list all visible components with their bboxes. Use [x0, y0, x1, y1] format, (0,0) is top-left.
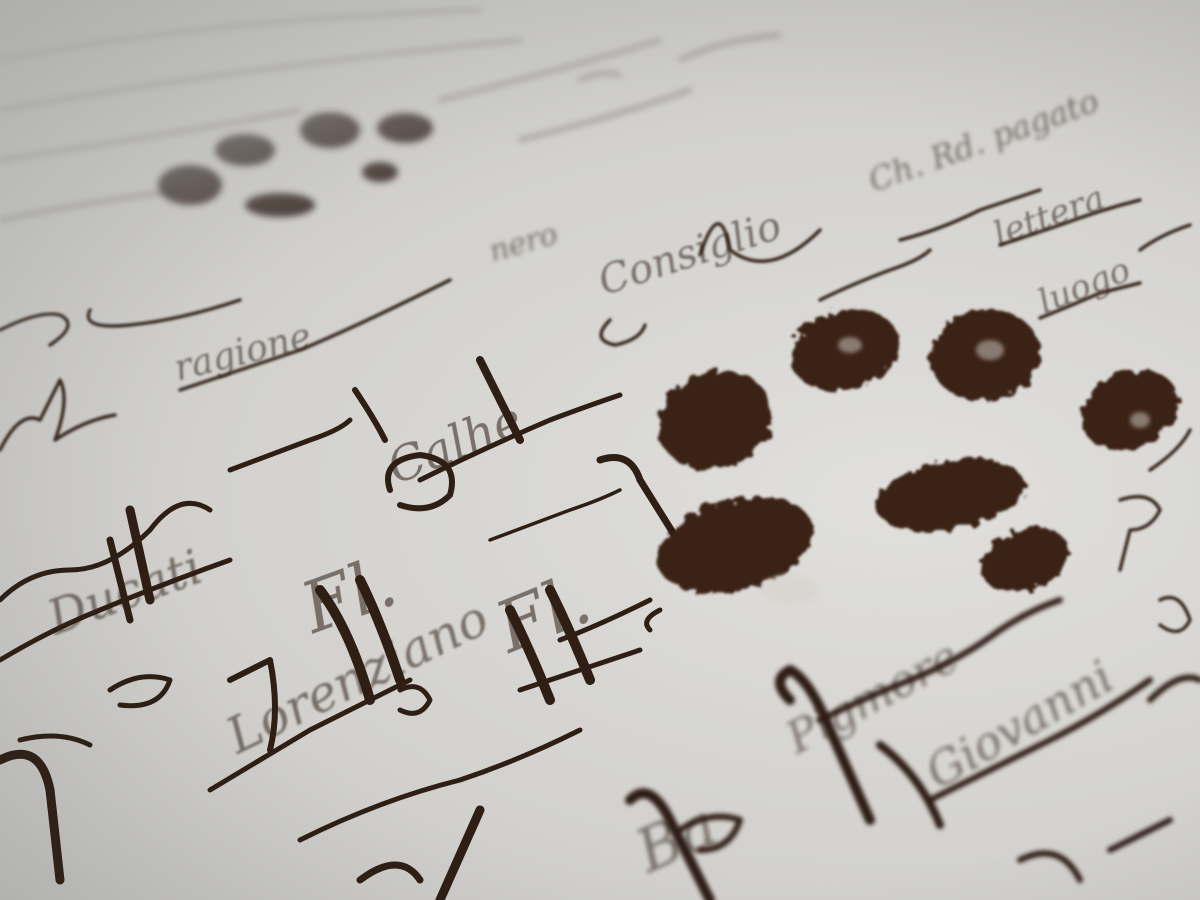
manuscript-photo: ConsiglioletteraluogoGiovanniPigmoreCalh… [0, 0, 1200, 900]
